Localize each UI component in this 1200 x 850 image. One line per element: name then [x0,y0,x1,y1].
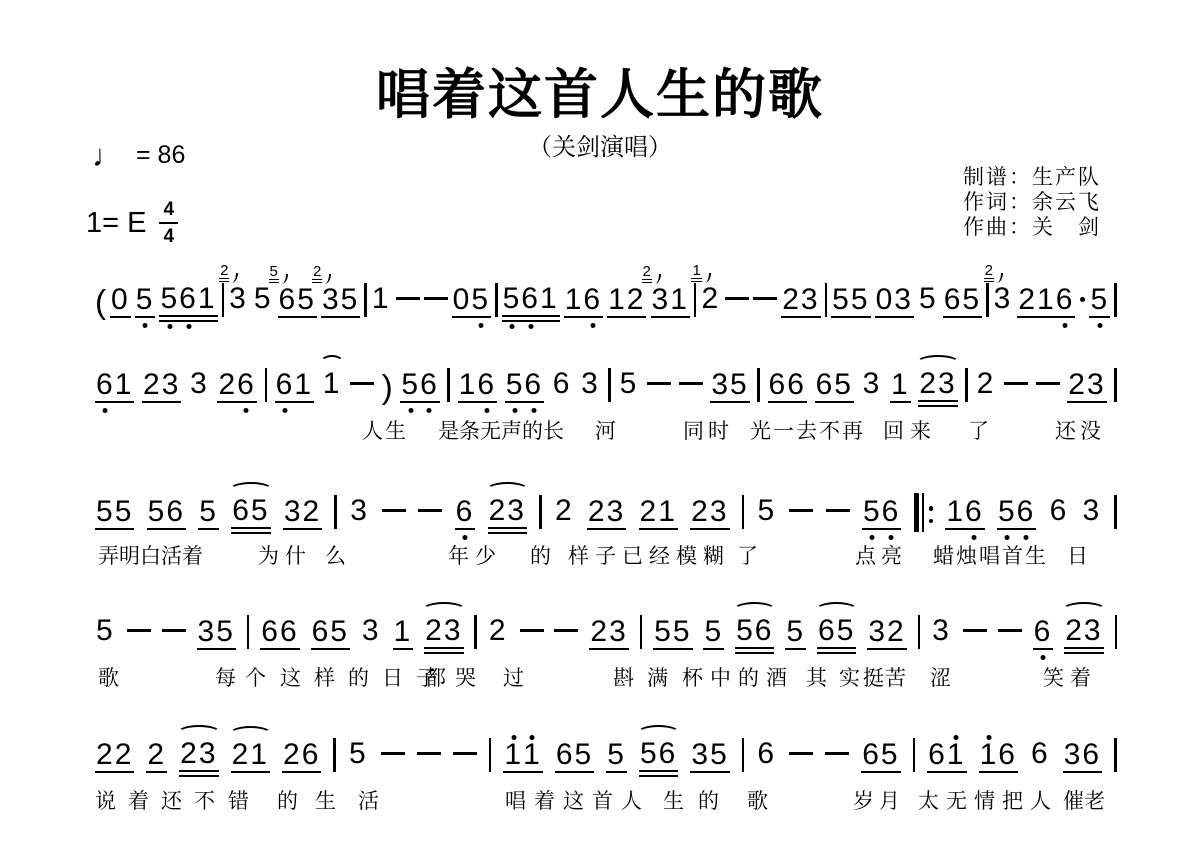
digit-group: 36 [1063,739,1102,773]
note-digit: 3 [199,738,218,770]
digit-group: 6 [1030,738,1051,770]
digit-group: 3 [349,495,370,527]
note-digit: 5 [654,616,673,648]
note-token: 61 [927,739,966,778]
dash-note [1004,382,1028,385]
lyric-syllable: 了 [737,540,758,570]
digit-group: 55 [653,616,692,650]
note-digit: 5 [851,284,870,316]
lyric-syllable: 岁月 [853,785,905,815]
time-signature: 4 4 [159,200,178,246]
note-token: 66 [768,369,807,408]
octave-dot-below [1097,323,1102,328]
digit-group: 61 [927,739,966,773]
digit-group: 35 [690,739,729,773]
note-token: 5 [785,616,806,655]
digit-group: 23 [918,368,957,407]
digit-group: 65 [311,616,350,650]
digit-group: 5 [1089,284,1110,318]
note-digit: 1 [459,369,478,401]
note-token: 55 [95,496,134,535]
credit-label: 作曲： [963,216,1032,239]
note-digit: 6 [553,368,572,400]
barline [539,495,542,529]
note-token: 561 [159,283,217,322]
digit-group: 66 [260,616,299,650]
note-digit: 2 [588,496,607,528]
note-digit: 6 [583,284,602,316]
note-digit: 5 [607,739,626,771]
note-digit: 1 [198,283,217,315]
note-digit: 6 [1050,495,1069,527]
dash-note [127,629,151,632]
barline [489,738,492,772]
note-token: 23 [587,496,626,535]
note-token: 3 [349,495,370,534]
note-digit: 6 [1017,496,1036,528]
note-digit: 3 [284,496,303,528]
digit-group: 5 [348,738,369,770]
note-token: 3 [361,615,382,654]
note-digit: 3 [994,283,1013,315]
quarter-note-icon: ♩ [92,140,123,171]
octave-dot-below [167,324,172,329]
meter-numerator: 4 [159,200,178,224]
digit-group: 23 [424,615,463,654]
note-digit: 3 [229,283,248,315]
augmentation-dot [1080,297,1085,302]
barline [640,615,643,649]
digit-group: 3 [993,283,1014,315]
digit-group: 21 [639,496,678,530]
digit-group: 5 [95,615,116,647]
note-digit: 5 [704,616,723,648]
note-digit: 6 [456,496,475,528]
digit-group: 23 [179,738,218,777]
note-token: 5 [918,283,939,322]
octave-dot-below [528,324,533,329]
digit-group: 1 [393,616,414,650]
digit-group: 65 [943,284,982,318]
lyric-syllable: 挺苦 [863,662,907,692]
note-token: 61 [275,369,314,408]
notes-row: 55565653236232232123556165663 [95,493,1117,534]
note-token: 23 [690,496,729,535]
note-digit: 2 [96,739,115,771]
lyric-syllable: 么 [325,540,346,570]
note-token: 16 [979,739,1018,778]
note-digit: 1 [250,739,269,771]
note-digit: 2 [147,739,166,771]
notes-row: 5356665312322355556565323623 [95,615,1117,654]
note-digit: 2 [977,368,996,400]
note-digit: 2 [489,615,508,647]
repeat-begin-sign [914,493,934,532]
digit-group: 65 [817,615,856,654]
lyric-syllable: 唱着这首人 [505,785,650,815]
barline [913,738,916,772]
barline [757,368,760,402]
note-token: 03 [875,284,914,323]
note-digit: 5 [216,616,235,648]
lyric-syllable: 长 [543,415,564,445]
note-digit: 1 [504,739,523,771]
dash-note [963,629,987,632]
dash-note [789,752,813,755]
lyric-syllable: 每个 [215,662,275,692]
note-token: 2 [488,615,509,654]
note-digit: 6 [276,369,295,401]
sheet-music-page: { "header": { "title": "唱着这首人生的歌", "subt… [0,0,1200,850]
digit-group: 56 [147,496,186,530]
note-token: 6 [552,368,573,407]
octave-dot-below [509,324,514,329]
lyric-syllable: 都哭 [425,662,485,692]
note-digit: 6 [882,496,901,528]
note-token: 1 [393,616,414,655]
digit-group: 1 [890,369,911,403]
barline [333,738,336,772]
digit-group: 23 [589,616,628,650]
digit-group: 3 [361,615,382,647]
note-digit: 6 [755,615,774,647]
note-digit: 1 [980,739,999,771]
note-digit: 5 [673,616,692,648]
note-digit: 1 [115,369,134,401]
note-token: 1 [371,283,392,322]
note-token: 3 [189,368,210,407]
octave-dot-below [590,323,595,328]
dash-note [647,382,671,385]
note-digit: 5 [730,369,749,401]
dash-note [725,297,749,300]
note-token: 65 [943,284,982,323]
note-digit: 6 [556,739,575,771]
dash-note [825,752,849,755]
note-digit: 1 [608,284,627,316]
digit-group: 2 [700,283,721,315]
barline [742,738,745,772]
note-token: 561 [502,283,560,322]
note-digit: 2 [1065,615,1084,647]
note-digit: 2 [180,738,199,770]
note-digit: 6 [166,496,185,528]
digit-group: 65 [555,739,594,773]
grace-note: 2 [984,264,994,282]
octave-dot-below [972,535,977,540]
music-line-2: 6123326611)5616566353566653123223人生是条无声的… [95,368,1117,473]
digit-group: 2 [976,368,997,400]
digit-group: 5 [918,283,939,315]
lyric-syllable: 催老 [1063,785,1105,815]
note-digit: 5 [136,284,155,316]
octave-dot-below [283,408,288,413]
lyric-syllable: 太无情把人 [918,785,1058,815]
note-digit: 6 [998,739,1017,771]
digit-group: 5 [703,616,724,650]
note-digit: 6 [237,369,256,401]
digit-group: 23 [587,496,626,530]
barline [1114,283,1117,317]
note-token: 35 [197,616,236,655]
note-token: 23 [993,283,1014,322]
dash-note [418,509,442,512]
digit-group: 16 [979,739,1018,773]
dash-note [554,629,578,632]
octave-dot-below [1023,535,1028,540]
note-digit: 6 [659,738,678,770]
note-digit: 5 [919,283,938,315]
digit-group: 26 [217,369,256,403]
digit-group: 65 [861,739,900,773]
digit-group: 66 [768,369,807,403]
note-token: 26 [217,369,256,408]
note-token: 6 [455,496,476,535]
digit-group: 65 [278,284,317,318]
note-token: 5 [135,284,156,323]
note-digit: 1 [891,369,910,401]
octave-dot-below [427,408,432,413]
digit-group: 21 [231,739,270,773]
note-digit: 5 [330,616,349,648]
octave-dot-below [513,408,518,413]
note-token: 5 [619,368,640,407]
lyric-syllable: 斟满 [613,662,681,692]
note-digit: 5 [148,496,167,528]
dash-note [381,752,405,755]
note-digit: 3 [801,284,820,316]
note-digit: 1 [565,284,584,316]
note-digit: 5 [863,496,882,528]
credits-block: 制谱：生产队 作词：余云飞 作曲：关 剑 [963,165,1101,240]
digit-group: 31 [651,284,690,318]
dash-note [162,629,186,632]
note-digit: 5 [401,369,420,401]
lyric-syllable: 歌 [98,662,119,692]
digit-group: 61 [95,369,134,403]
dash-note [789,509,813,512]
note-digit: 3 [198,616,217,648]
digit-group: 1 [322,368,343,400]
note-digit: 3 [691,739,710,771]
note-token: 32 [867,616,906,655]
digit-group: 23 [1064,615,1103,654]
key-text: 1= E [86,207,146,240]
barline [1114,495,1117,529]
note-digit: 1 [540,283,559,315]
credit-name: 生产队 [1032,166,1101,189]
note-digit: 3 [1064,739,1083,771]
note-token: 55 [653,616,692,655]
dash-note [350,382,374,385]
note-digit: 2 [143,369,162,401]
note-token: 1 [890,369,911,408]
digit-group: 55 [831,284,870,318]
digit-group: 6 [455,496,476,530]
note-digit: 1 [1037,284,1056,316]
dash-note [753,297,777,300]
note-token: 6 [1033,616,1054,655]
octave-dot-below [462,535,467,540]
note-token: 16 [945,496,984,535]
note-token: 5 [703,616,724,655]
note-digit: 2 [1068,369,1087,401]
open-paren: ( [95,285,106,319]
octave-dot-below [244,408,249,413]
note-token: 23 [179,738,218,777]
note-digit: 3 [190,368,209,400]
digit-group: 23 [1067,369,1106,403]
note-digit: 1 [294,369,313,401]
lyric-syllable: 生的 [663,785,733,815]
note-digit: 2 [701,283,720,315]
note-digit: 3 [1084,615,1103,647]
note-token: 231 [651,284,690,323]
note-digit: 6 [965,496,984,528]
note-digit: 6 [816,369,835,401]
note-token: 23 [589,616,628,655]
note-token: 0 [110,284,131,323]
tempo-marking: ♩ = 86 [92,140,185,171]
note-token: 22 [95,739,134,778]
digit-group: 35 [321,284,360,318]
note-token: 65 [231,495,270,534]
digit-group: 11 [503,739,542,773]
note-digit: 1 [946,496,965,528]
dash-note [453,752,477,755]
note-token: 65 [555,739,594,778]
tempo-value: = 86 [136,141,185,170]
lyric-syllable: 河 [595,415,616,445]
digit-group: 56 [735,615,774,654]
digit-group: 32 [867,616,906,650]
note-token: 6 [756,738,777,777]
octave-dot-below [408,408,413,413]
lyric-syllable: 歌 [747,785,768,815]
grace-note: 1 [691,264,701,282]
lyric-syllable: 笑着 [1043,662,1097,692]
note-digit: 2 [218,369,237,401]
note-token: 21 [639,496,678,535]
note-digit: 5 [837,615,856,647]
note-digit: 5 [199,496,218,528]
note-digit: 2 [782,284,801,316]
note-digit: 6 [96,369,115,401]
note-token: 56 [400,369,439,408]
key-signature: 1= E 4 4 [86,200,178,246]
barline [495,283,498,317]
note-digit: 5 [471,284,490,316]
note-digit: 3 [932,615,951,647]
octave-dot-below [1005,535,1010,540]
note-digit: 6 [524,369,543,401]
note-digit: 5 [620,368,639,400]
note-token: 35 [690,739,729,778]
note-token: 11 [503,739,542,778]
note-token: 5 [95,615,116,654]
note-token: 2 [554,495,575,534]
lyric-syllable: 光一去不再 [750,415,865,445]
note-digit: 6 [280,616,299,648]
note-digit: 6 [944,284,963,316]
note-digit: 6 [521,283,540,315]
barline [918,615,921,649]
note-token: 3 [1082,495,1103,534]
note-token: 23 [918,368,957,407]
dash-note [520,629,544,632]
note-digit: 5 [834,369,853,401]
note-digit: 5 [349,738,368,770]
barline [1115,615,1118,649]
note-digit: 6 [1082,739,1101,771]
octave-dot-below [888,535,893,540]
barline [986,283,989,317]
digit-group: 23 [781,284,820,318]
meter-denominator: 4 [163,224,174,246]
note-digit: 3 [162,369,181,401]
lyric-syllable: 的生 [277,785,353,815]
lyric-syllable: 活 [358,785,379,815]
digit-group: 3 [931,615,952,647]
octave-dot-below [1063,323,1068,328]
note-digit: 3 [1083,495,1102,527]
note-token: 23 [424,615,463,654]
note-digit: 3 [710,496,729,528]
note-digit: 5 [832,284,851,316]
note-token: 56 [862,496,901,535]
lyrics-row: 说着还不错的生活唱着这首人生的歌岁月太无情把人催老 [95,785,1117,815]
note-digit: 5 [96,615,115,647]
note-digit: 6 [477,369,496,401]
digit-group: 16 [945,496,984,530]
note-digit: 5 [96,496,115,528]
digit-group: 3 [189,368,210,400]
note-digit: 1 [323,368,342,400]
note-token: 5 [1089,284,1110,323]
lyric-syllable: 了 [968,415,989,445]
note-digit: 5 [503,283,522,315]
song-title: 唱着这首人生的歌 [0,52,1200,129]
note-digit: 3 [350,495,369,527]
note-digit: 3 [863,368,882,400]
note-token: 26 [282,739,321,778]
octave-dot-below [484,408,489,413]
octave-dot-below [1040,655,1045,660]
credit-lyricist: 作词：余云飞 [963,190,1101,215]
note-token: 36 [1063,739,1102,778]
barline [222,283,225,317]
lyric-syllable: 说着还不 [95,785,227,815]
digit-group: 56 [400,369,439,403]
note-digit: 5 [254,283,273,315]
note-digit: 5 [1090,284,1109,316]
note-digit: 5 [341,284,360,316]
note-token: 56 [639,738,678,777]
digit-group: 65 [815,369,854,403]
credit-label: 作词： [963,191,1032,214]
lyric-syllable: 蜡烛唱首生 [933,540,1048,570]
note-token: 5 [348,738,369,777]
lyrics-row: 歌每个这样的日子都哭过斟满杯中的酒其实挺苦涩笑着 [95,662,1117,692]
lyric-syllable: 人生 [362,415,408,445]
note-digit: 5 [506,369,525,401]
note-token: 05 [452,284,491,323]
note-digit: 6 [261,616,280,648]
barline [1114,368,1117,402]
note-digit: 0 [111,284,130,316]
note-token: 21 [231,739,270,778]
credit-label: 制谱： [963,166,1032,189]
